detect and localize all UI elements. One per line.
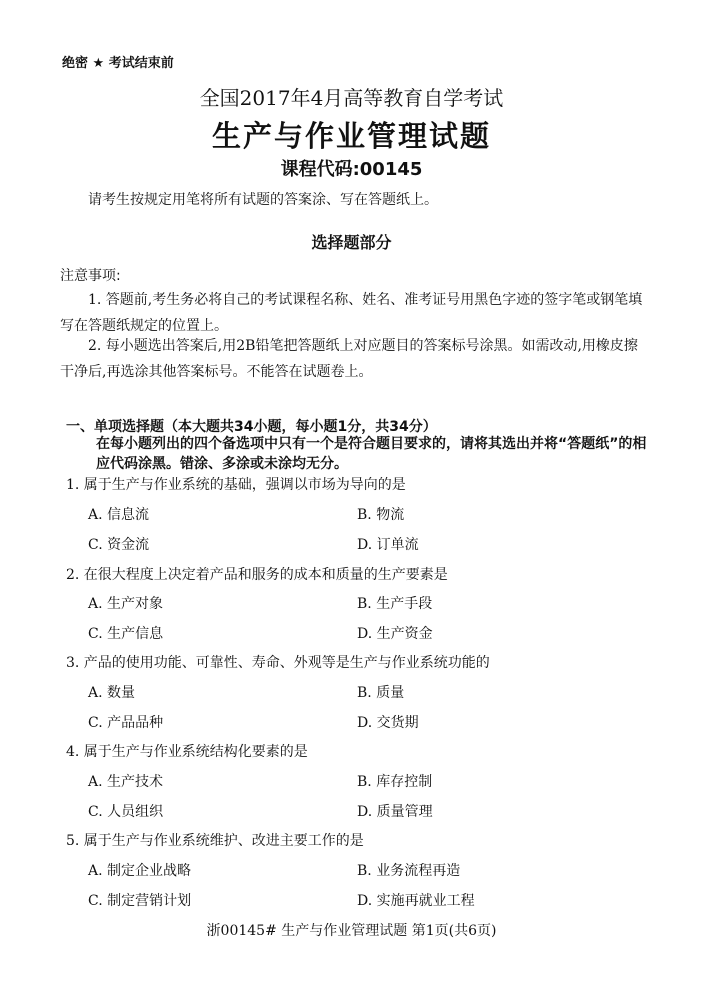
- option-a: A. 信息流: [88, 504, 149, 524]
- note-item: 1. 答题前,考生务必将自己的考试课程名称、姓名、准考证号用黑色字迹的签字笔或钢…: [60, 287, 650, 339]
- option-c: C. 产品品种: [88, 712, 163, 732]
- option-b: B. 物流: [357, 504, 404, 524]
- option-c: C. 人员组织: [88, 801, 163, 821]
- option-a: A. 生产对象: [88, 593, 163, 613]
- option-a: A. 数量: [88, 682, 135, 702]
- notes-label: 注意事项:: [60, 265, 121, 285]
- part-heading: 一、单项选择题（本大题共34小题，每小题1分，共34分）: [66, 416, 437, 436]
- option-d: D. 实施再就业工程: [357, 890, 475, 910]
- option-d: D. 订单流: [357, 534, 419, 554]
- general-instruction: 请考生按规定用笔将所有试题的答案涂、写在答题纸上。: [88, 189, 438, 209]
- question-stem: 1. 属于生产与作业系统的基础，强调以市场为导向的是: [66, 474, 406, 494]
- option-b: B. 库存控制: [357, 771, 432, 791]
- option-b: B. 质量: [357, 682, 404, 702]
- part-description: 在每小题列出的四个备选项中只有一个是符合题目要求的，请将其选出并将“答题纸”的相…: [96, 434, 656, 474]
- note-item: 2. 每小题选出答案后,用2B铅笔把答题纸上对应题目的答案标号涂黑。如需改动,用…: [60, 333, 650, 385]
- option-b: B. 生产手段: [357, 593, 432, 613]
- option-b: B. 业务流程再造: [357, 860, 460, 880]
- question-stem: 2. 在很大程度上决定着产品和服务的成本和质量的生产要素是: [66, 564, 448, 584]
- option-d: D. 交货期: [357, 712, 419, 732]
- option-d: D. 生产资金: [357, 623, 433, 643]
- option-c: C. 生产信息: [88, 623, 163, 643]
- subject-title: 生产与作业管理试题: [0, 114, 703, 155]
- question-stem: 4. 属于生产与作业系统结构化要素的是: [66, 741, 308, 761]
- section-heading: 选择题部分: [0, 230, 703, 253]
- exam-title: 全国2017年4月高等教育自学考试: [0, 82, 703, 111]
- course-code: 课程代码:00145: [0, 155, 703, 181]
- option-a: A. 制定企业战略: [88, 860, 191, 880]
- question-stem: 5. 属于生产与作业系统维护、改进主要工作的是: [66, 830, 364, 850]
- question-stem: 3. 产品的使用功能、可靠性、寿命、外观等是生产与作业系统功能的: [66, 652, 490, 672]
- page-footer: 浙00145# 生产与作业管理试题 第1页(共6页): [0, 920, 703, 940]
- confidential-mark: 绝密 ★ 考试结束前: [62, 52, 174, 71]
- option-d: D. 质量管理: [357, 801, 433, 821]
- option-c: C. 制定营销计划: [88, 890, 191, 910]
- option-a: A. 生产技术: [88, 771, 163, 791]
- option-c: C. 资金流: [88, 534, 149, 554]
